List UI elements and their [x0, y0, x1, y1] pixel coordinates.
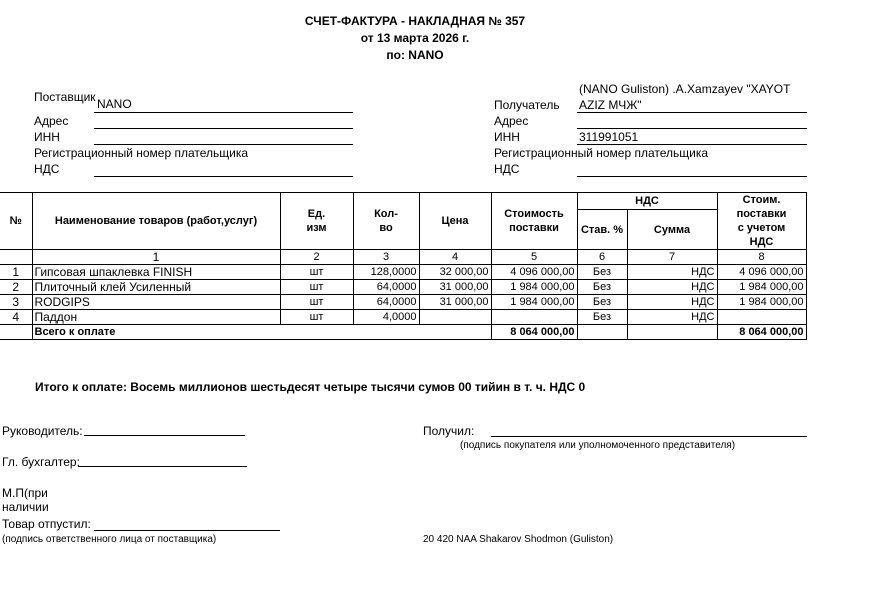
recipient-reg-label: Регистрационный номер плательщика	[494, 146, 708, 160]
director-signature-line	[84, 435, 245, 436]
invoice-date: от 13 марта 2026 г.	[0, 31, 830, 45]
row-price	[419, 310, 491, 325]
row-unit: шт	[280, 295, 353, 310]
stamp-label: М.П(при наличии	[2, 486, 96, 514]
received-signature-line	[491, 436, 807, 437]
table-row: 2 Плиточный клей Усиленный шт 64,0000 31…	[0, 280, 806, 295]
row-name: RODGIPS	[32, 295, 280, 310]
recipient-value-line1: (NANO Guliston) .A.Xamzayev "XAYOT	[579, 82, 790, 96]
col-header-name: Наименование товаров (работ,услуг)	[32, 193, 280, 250]
row-qty: 64,0000	[353, 280, 419, 295]
row-total: 4 096 000,00	[717, 265, 806, 280]
row-cost: 1 984 000,00	[491, 280, 577, 295]
recipient-inn-underline	[577, 144, 807, 145]
row-vat-rate: Без	[577, 295, 627, 310]
col-number: 7	[627, 250, 717, 265]
row-total: 1 984 000,00	[717, 295, 806, 310]
row-unit: шт	[280, 310, 353, 325]
row-unit: шт	[280, 280, 353, 295]
col-number: 8	[717, 250, 806, 265]
recipient-inn-label: ИНН	[494, 130, 520, 144]
row-vat-rate: Без	[577, 310, 627, 325]
col-header-price: Цена	[419, 193, 491, 250]
released-label: Товар отпустил:	[2, 517, 91, 531]
supplier-inn-label: ИНН	[34, 130, 60, 144]
row-no: 1	[0, 265, 32, 280]
summary-cost: 8 064 000,00	[491, 325, 577, 340]
supplier-address-underline	[94, 128, 353, 129]
row-total: 1 984 000,00	[717, 280, 806, 295]
row-price: 32 000,00	[419, 265, 491, 280]
col-header-no: №	[0, 193, 32, 250]
accountant-signature-line	[78, 466, 247, 467]
supplier-address-label: Адрес	[34, 114, 68, 128]
row-no: 3	[0, 295, 32, 310]
invoice-table: № Наименование товаров (работ,услуг) Ед.…	[0, 192, 807, 340]
received-label: Получил:	[423, 424, 474, 438]
row-vat-rate: Без	[577, 265, 627, 280]
col-number: 6	[577, 250, 627, 265]
row-unit: шт	[280, 265, 353, 280]
row-cost: 1 984 000,00	[491, 295, 577, 310]
supplier-inn-underline	[94, 144, 353, 145]
table-summary-row: Всего к оплате 8 064 000,00 8 064 000,00	[0, 325, 806, 340]
row-no: 2	[0, 280, 32, 295]
row-vat-sum: НДС	[627, 265, 717, 280]
recipient-vat-label: НДС	[494, 162, 519, 176]
col-number: 3	[353, 250, 419, 265]
row-vat-sum: НДС	[627, 280, 717, 295]
row-qty: 4,0000	[353, 310, 419, 325]
row-vat-rate: Без	[577, 280, 627, 295]
column-numbers-row: 1 2 3 4 5 6 7 8	[0, 250, 806, 265]
row-cost: 4 096 000,00	[491, 265, 577, 280]
row-price: 31 000,00	[419, 295, 491, 310]
col-header-cost: Стоимостьпоставки	[491, 193, 577, 250]
supplier-vat-label: НДС	[34, 162, 59, 176]
supplier-value: NANO	[97, 97, 132, 111]
supplier-reg-label: Регистрационный номер плательщика	[34, 146, 248, 160]
col-number: 2	[280, 250, 353, 265]
supplier-underline	[94, 112, 353, 113]
row-name: Гипсовая шпаклевка FINISH	[32, 265, 280, 280]
summary-total: 8 064 000,00	[717, 325, 806, 340]
supplier-vat-underline	[94, 176, 353, 177]
director-label: Руководитель:	[2, 424, 83, 438]
footer-note: 20 420 NAA Shakarov Shodmon (Guliston)	[423, 534, 613, 545]
received-caption: (подпись покупателя или уполномоченного …	[460, 440, 735, 451]
row-total	[717, 310, 806, 325]
released-caption: (подпись ответственного лица от поставщи…	[2, 534, 216, 545]
col-header-unit: Ед.изм	[280, 193, 353, 250]
table-row: 3 RODGIPS шт 64,0000 31 000,00 1 984 000…	[0, 295, 806, 310]
row-name: Плиточный клей Усиленный	[32, 280, 280, 295]
col-number: 5	[491, 250, 577, 265]
row-price: 31 000,00	[419, 280, 491, 295]
row-vat-sum: НДС	[627, 295, 717, 310]
col-number: 1	[32, 250, 280, 265]
recipient-vat-underline	[577, 176, 807, 177]
supplier-label: Поставщик	[34, 90, 96, 104]
recipient-value-line2: AZIZ МЧЖ"	[579, 98, 642, 112]
row-name: Паддон	[32, 310, 280, 325]
row-vat-sum: НДС	[627, 310, 717, 325]
recipient-address-underline	[577, 128, 807, 129]
row-qty: 128,0000	[353, 265, 419, 280]
summary-label: Всего к оплате	[32, 325, 491, 340]
recipient-underline	[577, 112, 807, 113]
invoice-title: СЧЕТ-ФАКТУРА - НАКЛАДНАЯ № 357	[0, 14, 830, 28]
col-header-vat-sum: Сумма	[627, 210, 717, 250]
row-no: 4	[0, 310, 32, 325]
col-header-vat-rate: Став. %	[577, 210, 627, 250]
table-header-row: № Наименование товаров (работ,услуг) Ед.…	[0, 193, 806, 210]
total-in-words: Итого к оплате: Восемь миллионов шестьде…	[35, 380, 585, 394]
row-cost	[491, 310, 577, 325]
table-row: 1 Гипсовая шпаклевка FINISH шт 128,0000 …	[0, 265, 806, 280]
accountant-label: Гл. бухгалтер:	[2, 455, 80, 469]
released-signature-line	[94, 530, 280, 531]
invoice-by: по: NANO	[0, 48, 830, 62]
row-qty: 64,0000	[353, 295, 419, 310]
recipient-label: Получатель	[494, 98, 560, 112]
table-row: 4 Паддон шт 4,0000 Без НДС	[0, 310, 806, 325]
col-header-qty: Кол-во	[353, 193, 419, 250]
col-number: 4	[419, 250, 491, 265]
recipient-address-label: Адрес	[494, 114, 528, 128]
col-header-vat-group: НДС	[577, 193, 717, 210]
col-header-total: Стоим.поставкис учетомНДС	[717, 193, 806, 250]
recipient-inn-value: 311991051	[579, 130, 638, 144]
